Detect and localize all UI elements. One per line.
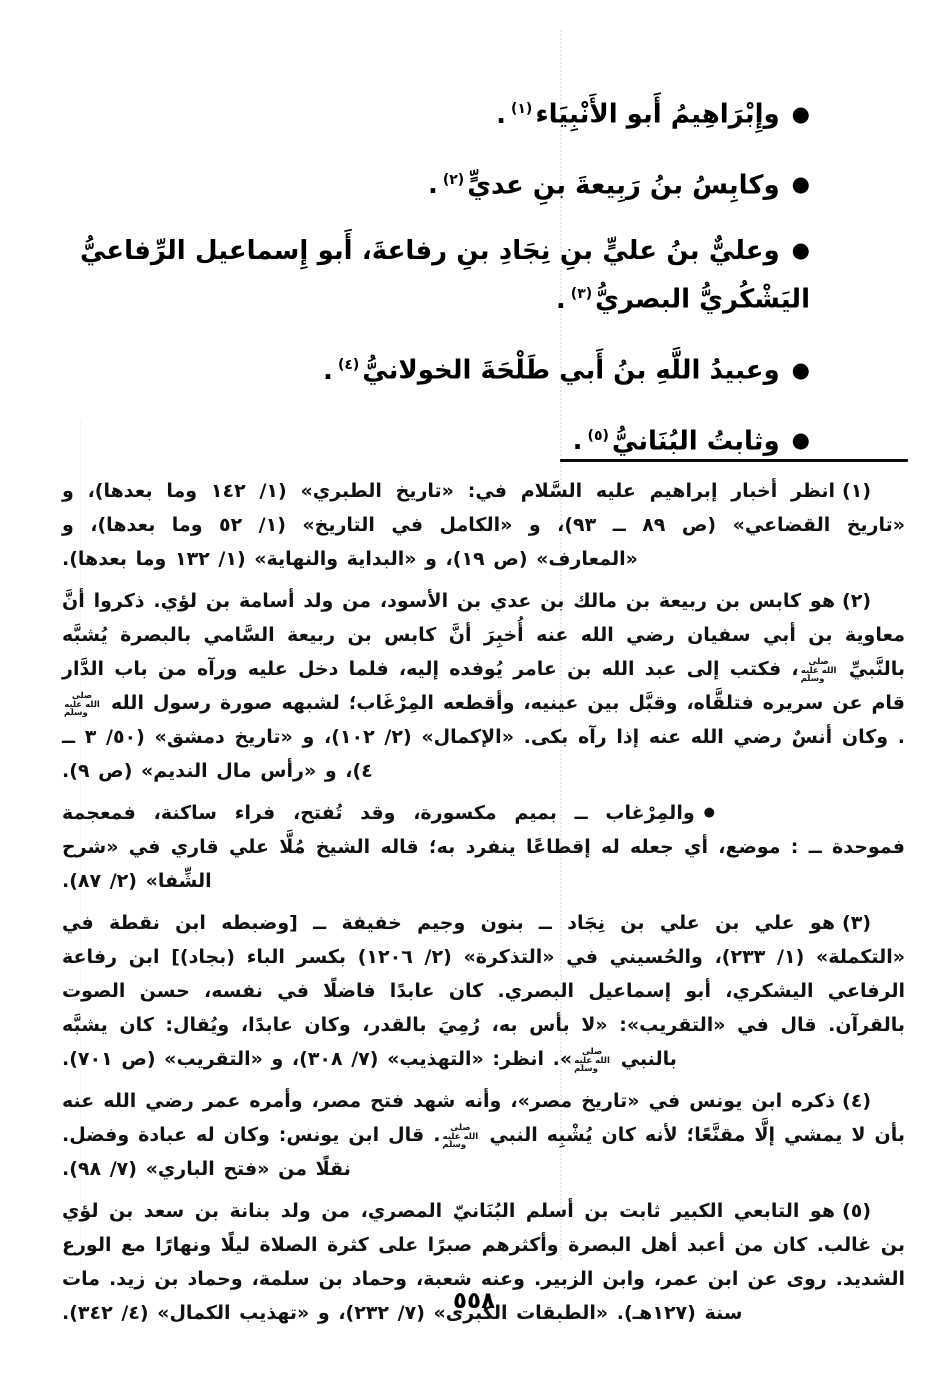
footnote-ref-2: (٢)	[443, 172, 464, 188]
footnote-ref-3: (٣)	[571, 286, 592, 302]
list-item-ubaydullah: ●وعبيدُ اللَّهِ بنُ أَبي طَلْحَةَ الخولا…	[80, 344, 810, 393]
footnote-marker: (٥)	[842, 1200, 871, 1222]
prophet-honorific-seal: صلى الله عليه وسلم	[64, 692, 100, 718]
footnote-text: ». انظر: «التهذيب» (٧/ ٣٠٨)، و «التقريب»…	[62, 1048, 572, 1070]
footnote-text: ، فكتب إلى عبد الله بن عامر يُوفده إليه،…	[62, 658, 905, 714]
mirghab-lead-word: والمِرْغاب	[605, 802, 694, 824]
bullet-icon: ●	[792, 349, 810, 392]
bullet-icon: ●	[792, 419, 810, 462]
footnote-text: . قال ابن يونس: وكان له عبادة وفضل. نقلً…	[62, 1124, 440, 1180]
footnote-marker: (٣)	[842, 912, 871, 934]
entry-text: وكابِسُ بنُ رَبِيعةَ بنِ عديٍّ	[467, 170, 779, 200]
bullet-icon: ●	[792, 93, 810, 136]
mirghab-note: ●والمِرْغاب ــ بميم مكسورة، وقد تُفتح، ف…	[62, 796, 905, 898]
footnote-ref-4: (٤)	[338, 357, 359, 373]
footnote-1: (١)انظر أخبار إبراهيم عليه السَّلام في: …	[62, 474, 905, 576]
entry-text: وعليٌّ بنُ عليٍّ بنِ نِجَادِ بنِ رفاعةَ،…	[80, 236, 810, 315]
bullet-icon: ●	[792, 163, 810, 206]
footnote-ref-5: (٥)	[588, 428, 609, 444]
footnote-text: انظر أخبار إبراهيم عليه السَّلام في: «تا…	[62, 480, 905, 570]
footnote-marker: (١)	[842, 480, 871, 502]
footnote-2: (٢)هو كابس بن ربيعة بن مالك بن عدي بن ال…	[62, 584, 905, 788]
list-item-ibrahim: ●وإِبْرَاهِيمُ أَبو الأَنْبِيَاء(١).	[80, 88, 810, 137]
footnote-marker: (٤)	[842, 1090, 871, 1112]
entry-text: وثابتُ البُنَانيُّ	[612, 426, 780, 456]
footnote-text: هو علي بن علي بن نِجَاد ــ بنون وجيم خفي…	[62, 912, 905, 1070]
prophet-honorific-seal: صلى الله عليه وسلم	[801, 658, 837, 684]
period: .	[556, 285, 566, 315]
period: .	[323, 356, 333, 386]
prophet-honorific-seal: صلى الله عليه وسلم	[442, 1124, 478, 1150]
page-number: ٥٥٨	[0, 1288, 948, 1314]
book-page: ●وإِبْرَاهِيمُ أَبو الأَنْبِيَاء(١). ●وك…	[0, 0, 948, 1374]
footnote-ref-1: (١)	[511, 101, 532, 117]
bullet-icon: ●	[792, 229, 810, 272]
footnote-3: (٣)هو علي بن علي بن نِجَاد ــ بنون وجيم …	[62, 906, 905, 1076]
list-item-ali: ●وعليٌّ بنُ عليٍّ بنِ نِجَادِ بنِ رفاعةَ…	[80, 229, 810, 322]
period: .	[496, 100, 506, 130]
entry-text: وإِبْرَاهِيمُ أَبو الأَنْبِيَاء	[535, 100, 779, 130]
footnotes-section: (١)انظر أخبار إبراهيم عليه السَّلام في: …	[62, 474, 905, 1338]
footnote-4: (٤)ذكره ابن يونس في «تاريخ مصر»، وأنه شه…	[62, 1084, 905, 1186]
prophet-honorific-seal: صلى الله عليه وسلم	[574, 1048, 610, 1074]
period: .	[428, 170, 438, 200]
entry-text: وعبيدُ اللَّهِ بنُ أَبي طَلْحَةَ الخولان…	[362, 356, 779, 386]
footnote-marker: (٢)	[842, 590, 871, 612]
list-item-kabis: ●وكابِسُ بنُ رَبِيعةَ بنِ عديٍّ(٢).	[80, 159, 810, 208]
footnote-text: . وكان أنسٌ رضي الله عنه إذا رآه بكى. «ا…	[62, 726, 905, 782]
list-item-thabit: ●وثابتُ البُنَانيُّ(٥).	[80, 415, 810, 464]
period: .	[573, 426, 583, 456]
bullet-icon: ●	[704, 796, 810, 830]
footnote-separator	[560, 459, 908, 462]
entries-section: ●وإِبْرَاهِيمُ أَبو الأَنْبِيَاء(١). ●وك…	[80, 88, 810, 485]
